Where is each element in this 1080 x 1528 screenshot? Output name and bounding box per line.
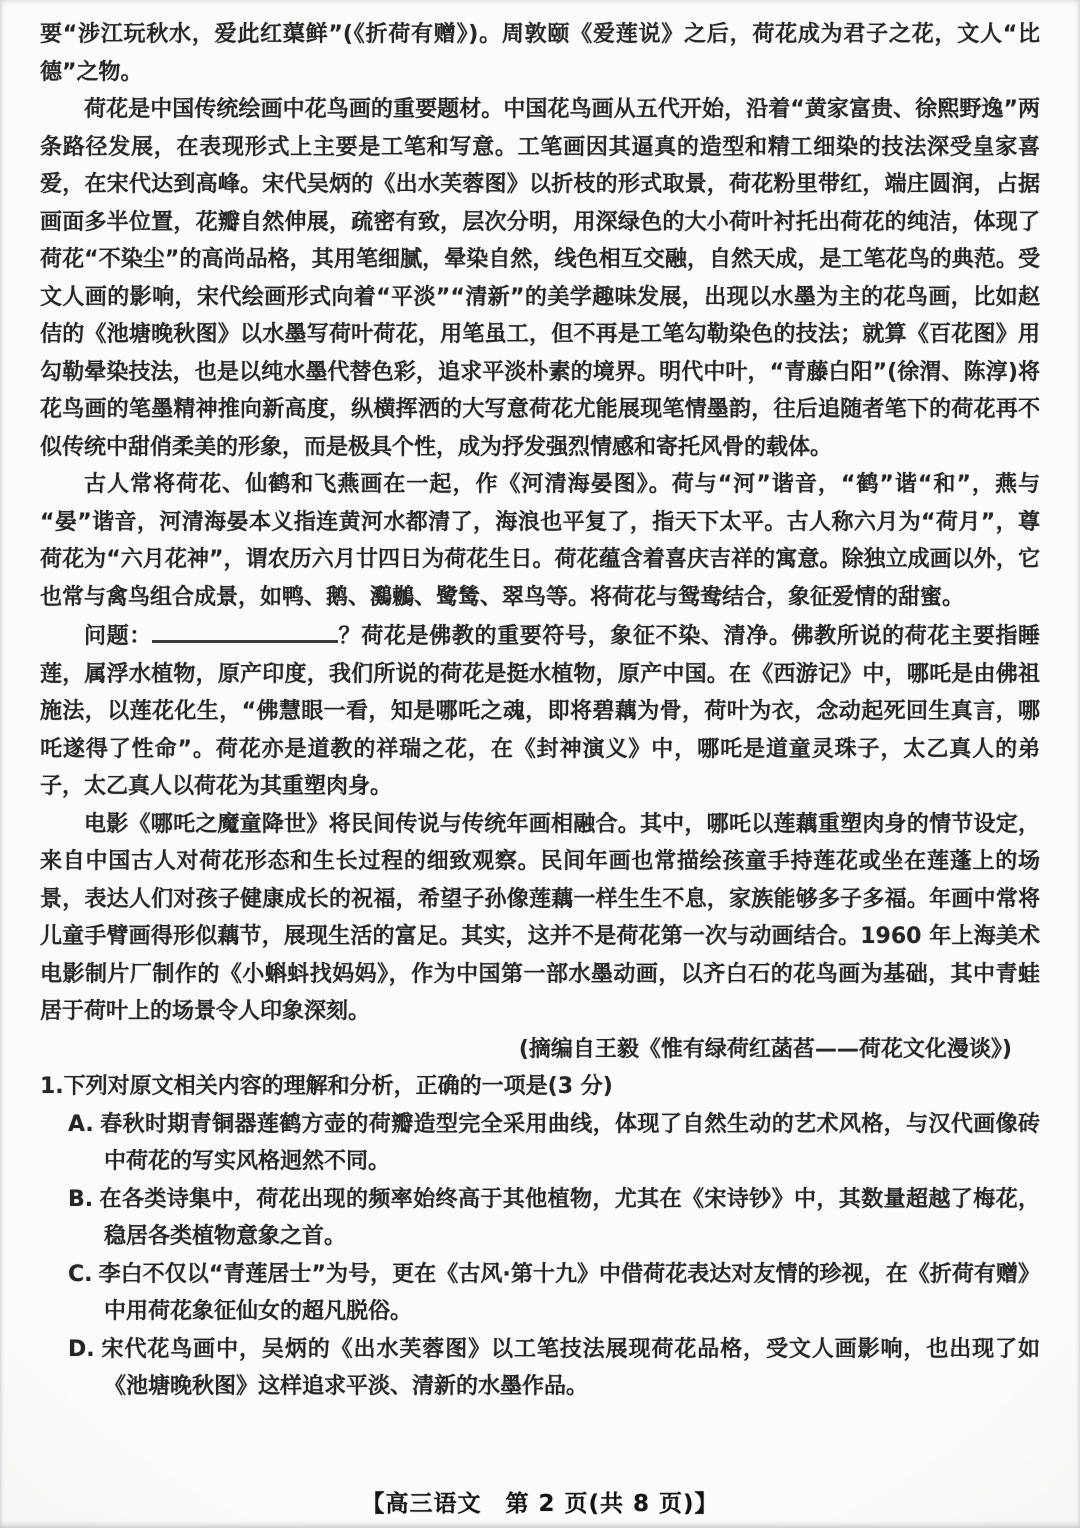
- passage-body: 要“涉江玩秋水，爱此红蕖鲜”(《折荷有赠》)。周敦颐《爱莲说》之后，荷花成为君子…: [40, 16, 1040, 1406]
- option-d-text: 宋代花鸟画中，吴炳的《出水芙蓉图》以工笔技法展现荷花品格，受文人画影响，也出现了…: [101, 1337, 1040, 1400]
- option-c-text: 李白不仅以“青莲居士”为号，更在《古风·第十九》中借荷花表达对友情的珍视，在《折…: [99, 1262, 1040, 1325]
- option-a: A.春秋时期青铜器莲鹤方壶的荷瓣造型完全采用曲线，体现了自然生动的艺术风格，与汉…: [40, 1106, 1040, 1181]
- option-a-label: A.: [68, 1112, 94, 1137]
- passage-opening-fragment: 要“涉江玩秋水，爱此红蕖鲜”(《折荷有赠》)。周敦颐《爱莲说》之后，荷花成为君子…: [40, 16, 1040, 91]
- paragraph-animation: 电影《哪吒之魔童降世》将民间传说与传统年画相融合。其中，哪吒以莲藕重塑肉身的情节…: [40, 806, 1040, 1031]
- option-b-text: 在各类诗集中，荷花出现的频率始终高于其他植物，尤其在《宋诗钞》中，其数量超越了梅…: [99, 1187, 1040, 1250]
- option-c: C.李白不仅以“青莲居士”为号，更在《古风·第十九》中借荷花表达对友情的珍视，在…: [40, 1256, 1040, 1331]
- option-d: D.宋代花鸟画中，吴炳的《出水芙蓉图》以工笔技法展现荷花品格，受文人画影响，也出…: [40, 1331, 1040, 1406]
- paragraph-auspicious-meaning: 古人常将荷花、仙鹤和飞燕画在一起，作《河清海晏图》。荷与“河”谐音，“鹤”谐“和…: [40, 466, 1040, 616]
- question-prompt-label: 问题：: [84, 624, 152, 649]
- paragraph-religion-text: ？荷花是佛教的重要符号，象征不染、清净。佛教所说的荷花主要指睡莲，属浮水植物，原…: [40, 624, 1040, 799]
- option-b: B.在各类诗集中，荷花出现的频率始终高于其他植物，尤其在《宋诗钞》中，其数量超越…: [40, 1181, 1040, 1256]
- paragraph-religion: 问题：？荷花是佛教的重要符号，象征不染、清净。佛教所说的荷花主要指睡莲，属浮水植…: [40, 616, 1040, 806]
- option-d-label: D.: [68, 1337, 95, 1362]
- question-1-stem: 1.下列对原文相关内容的理解和分析，正确的一项是(3 分): [40, 1068, 1040, 1106]
- source-attribution: (摘编自王毅《惟有绿荷红菡萏——荷花文化漫谈》): [40, 1031, 1040, 1069]
- paragraph-painting-tradition: 荷花是中国传统绘画中花鸟画的重要题材。中国花鸟画从五代开始，沿着“黄家富贵、徐熙…: [40, 91, 1040, 466]
- fill-in-blank-line: [152, 616, 338, 643]
- option-a-text: 春秋时期青铜器莲鹤方壶的荷瓣造型完全采用曲线，体现了自然生动的艺术风格，与汉代画…: [100, 1112, 1040, 1175]
- option-b-label: B.: [68, 1187, 93, 1212]
- exam-page: 要“涉江玩秋水，爱此红蕖鲜”(《折荷有赠》)。周敦颐《爱莲说》之后，荷花成为君子…: [0, 0, 1080, 1528]
- option-c-label: C.: [68, 1262, 93, 1287]
- page-footer: 【高三语文 第 2 页(共 8 页)】: [0, 1485, 1080, 1518]
